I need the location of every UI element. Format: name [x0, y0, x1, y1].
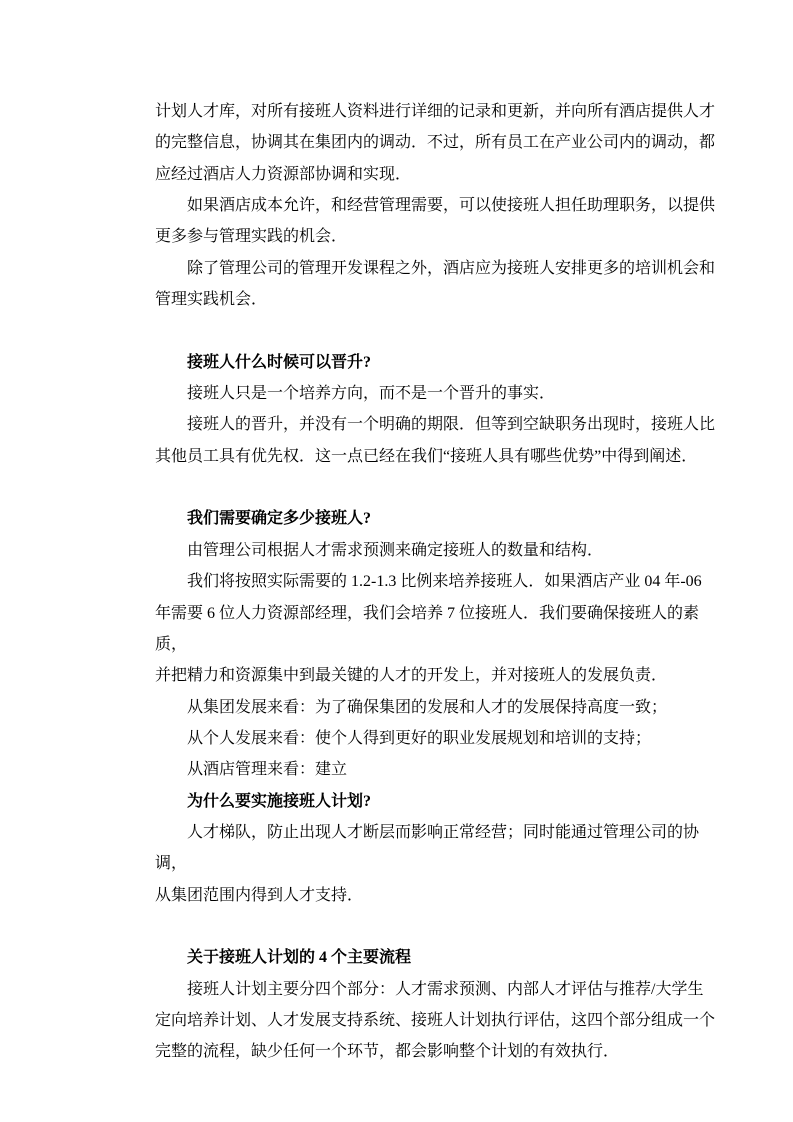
text-line: 年需要 6 位人力资源部经理，我们会培养 7 位接班人．我们要确保接班人的素质， [155, 598, 717, 661]
text-line: 从酒店管理来看：建立 [155, 754, 717, 785]
blank-line [155, 315, 717, 346]
text-line: 如果酒店成本允许，和经营管理需要，可以使接班人担任助理职务，以提供 [155, 190, 717, 221]
text-line: 管理实践机会． [155, 284, 717, 315]
heading-line: 接班人什么时候可以晋升? [155, 347, 717, 378]
blank-line [155, 911, 717, 942]
text-line: 计划人才库，对所有接班人资料进行详细的记录和更新，并向所有酒店提供人才 [155, 96, 717, 127]
text-line: 更多参与管理实践的机会． [155, 221, 717, 252]
text-line: 完整的流程，缺少任何一个环节，都会影响整个计划的有效执行． [155, 1036, 717, 1067]
text-line: 其他员工具有优先权．这一点已经在我们“接班人具有哪些优势”中得到阐述． [155, 441, 717, 472]
text-line: 人才梯队，防止出现人才断层而影响正常经营；同时能通过管理公司的协调， [155, 817, 717, 880]
text-line: 接班人计划主要分四个部分：人才需求预测、内部人才评估与推荐/大学生 [155, 974, 717, 1005]
heading-line: 我们需要确定多少接班人? [155, 503, 717, 534]
text-line: 除了管理公司的管理开发课程之外，酒店应为接班人安排更多的培训机会和 [155, 253, 717, 284]
text-line: 从集团范围内得到人才支持． [155, 880, 717, 911]
text-line: 应经过酒店人力资源部协调和实现． [155, 159, 717, 190]
document-body: 计划人才库，对所有接班人资料进行详细的记录和更新，并向所有酒店提供人才的完整信息… [155, 96, 717, 1068]
heading-line: 关于接班人计划的 4 个主要流程 [155, 942, 717, 973]
document-page: 计划人才库，对所有接班人资料进行详细的记录和更新，并向所有酒店提供人才的完整信息… [0, 0, 793, 1122]
text-line: 从集团发展来看：为了确保集团的发展和人才的发展保持高度一致； [155, 692, 717, 723]
text-line: 由管理公司根据人才需求预测来确定接班人的数量和结构． [155, 535, 717, 566]
heading-line: 为什么要实施接班人计划? [155, 786, 717, 817]
text-line: 接班人只是一个培养方向，而不是一个晋升的事实． [155, 378, 717, 409]
text-line: 接班人的晋升，并没有一个明确的期限．但等到空缺职务出现时，接班人比 [155, 409, 717, 440]
text-line: 定向培养计划、人才发展支持系统、接班人计划执行评估，这四个部分组成一个 [155, 1005, 717, 1036]
blank-line [155, 472, 717, 503]
text-line: 的完整信息，协调其在集团内的调动．不过，所有员工在产业公司内的调动，都 [155, 127, 717, 158]
text-line: 并把精力和资源集中到最关键的人才的开发上，并对接班人的发展负责． [155, 660, 717, 691]
text-line: 从个人发展来看：使个人得到更好的职业发展规划和培训的支持； [155, 723, 717, 754]
text-line: 我们将按照实际需要的 1.2-1.3 比例来培养接班人．如果酒店产业 04 年-… [155, 566, 717, 597]
